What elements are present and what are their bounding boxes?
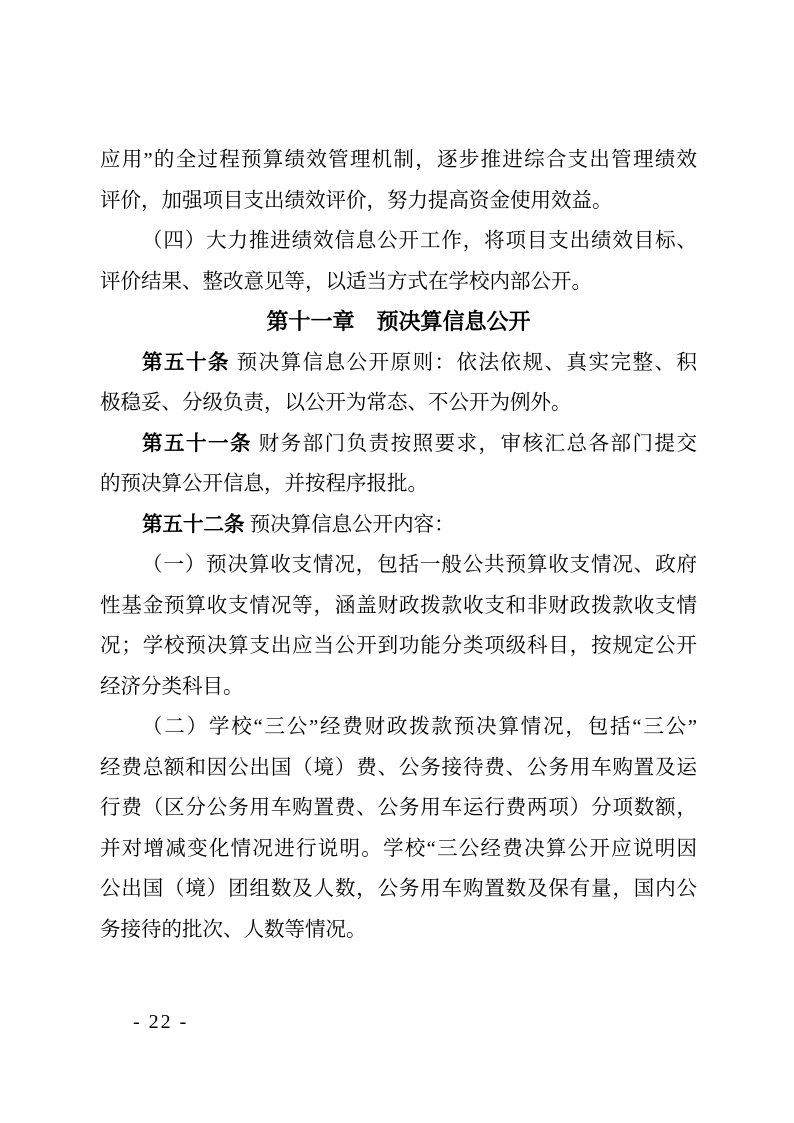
text-line: 第五十条 预决算信息公开原则：依法依规、真实完整、积 (100, 343, 697, 384)
text-segment: （一）预决算收支情况，包括一般公共预算收支情况、政府 (142, 554, 697, 576)
text-segment: 预决算信息公开内容： (245, 514, 455, 536)
text-segment: （二）学校“三公”经费财政拨款预决算情况，包括“三公” (142, 716, 697, 738)
text-segment: 极稳妥、分级负责，以公开为常态、不公开为例外。 (100, 392, 572, 414)
text-line: 极稳妥、分级负责，以公开为常态、不公开为例外。 (100, 383, 697, 424)
document-body: 应用”的全过程预算绩效管理机制，逐步推进综合支出管理绩效评价，加强项目支出绩效评… (100, 140, 697, 950)
text-segment: 预决算信息公开原则：依法依规、真实完整、积 (230, 352, 697, 374)
article-number: 第五十二条 (142, 513, 245, 536)
page-number: - 22 - (133, 1008, 188, 1036)
text-segment: （四）大力推进绩效信息公开工作，将项目支出绩效目标、 (142, 230, 697, 252)
text-line: 第五十二条 预决算信息公开内容： (100, 505, 697, 546)
text-line: 的预决算公开信息，并按程序报批。 (100, 464, 697, 505)
text-line: 行费（区分公务用车购置费、公务用车运行费两项）分项数额， (100, 788, 697, 829)
text-line: 经费总额和因公出国（境）费、公务接待费、公务用车购置及运 (100, 748, 697, 789)
text-segment: 并对增减变化情况进行说明。学校“三公经费决算公开应说明因 (100, 838, 697, 860)
text-line: 性基金预算收支情况等，涵盖财政拨款收支和非财政拨款收支情 (100, 586, 697, 627)
text-segment: 经费总额和因公出国（境）费、公务接待费、公务用车购置及运 (100, 757, 697, 779)
document-page: 应用”的全过程预算绩效管理机制，逐步推进综合支出管理绩效评价，加强项目支出绩效评… (0, 0, 794, 1123)
text-segment: 经济分类科目。 (100, 676, 244, 698)
text-line: （四）大力推进绩效信息公开工作，将项目支出绩效目标、 (100, 221, 697, 262)
text-segment: 财务部门负责按照要求，审核汇总各部门提交 (252, 433, 697, 455)
chapter-heading: 第十一章 预决算信息公开 (100, 302, 697, 343)
text-line: （一）预决算收支情况，包括一般公共预算收支情况、政府 (100, 545, 697, 586)
text-segment: 评价，加强项目支出绩效评价，努力提高资金使用效益。 (100, 190, 613, 212)
text-line: 经济分类科目。 (100, 667, 697, 708)
text-line: 评价结果、整改意见等，以适当方式在学校内部公开。 (100, 262, 697, 303)
text-segment: 况；学校预决算支出应当公开到功能分类项级科目，按规定公开 (100, 635, 697, 657)
text-segment: 务接待的批次、人数等情况。 (100, 919, 367, 941)
text-segment: 应用”的全过程预算绩效管理机制，逐步推进综合支出管理绩效 (100, 149, 697, 171)
text-line: 应用”的全过程预算绩效管理机制，逐步推进综合支出管理绩效 (100, 140, 697, 181)
text-line: 况；学校预决算支出应当公开到功能分类项级科目，按规定公开 (100, 626, 697, 667)
article-number: 第五十一条 (142, 432, 252, 455)
text-segment: 评价结果、整改意见等，以适当方式在学校内部公开。 (100, 271, 592, 293)
text-line: （二）学校“三公”经费财政拨款预决算情况，包括“三公” (100, 707, 697, 748)
text-line: 评价，加强项目支出绩效评价，努力提高资金使用效益。 (100, 181, 697, 222)
text-line: 务接待的批次、人数等情况。 (100, 910, 697, 951)
text-line: 并对增减变化情况进行说明。学校“三公经费决算公开应说明因 (100, 829, 697, 870)
text-segment: 行费（区分公务用车购置费、公务用车运行费两项）分项数额， (100, 797, 697, 819)
text-line: 第五十一条 财务部门负责按照要求，审核汇总各部门提交 (100, 424, 697, 465)
article-number: 第五十条 (142, 351, 230, 374)
text-segment: 的预决算公开信息，并按程序报批。 (100, 473, 428, 495)
text-segment: 公出国（境）团组数及人数，公务用车购置数及保有量，国内公 (100, 878, 697, 900)
text-line: 公出国（境）团组数及人数，公务用车购置数及保有量，国内公 (100, 869, 697, 910)
text-segment: 性基金预算收支情况等，涵盖财政拨款收支和非财政拨款收支情 (100, 595, 697, 617)
